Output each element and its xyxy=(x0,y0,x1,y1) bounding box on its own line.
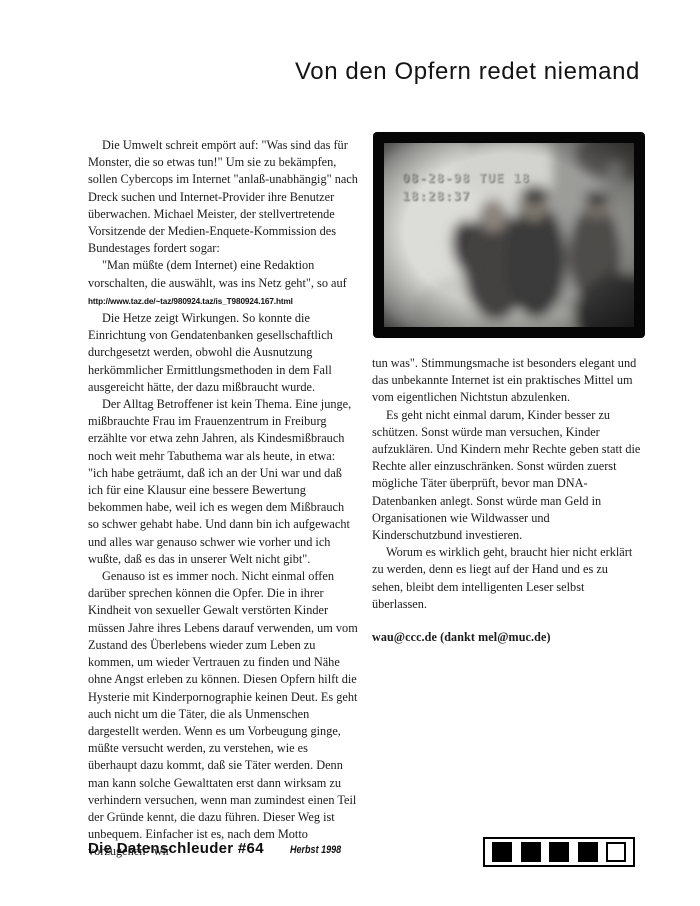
paragraph-text: Die Umwelt schreit empört auf: "Was sind… xyxy=(88,138,358,255)
author-email-byline: wau@ccc.de (dankt mel@muc.de) xyxy=(372,629,642,646)
paragraph: Worum es wirklich geht, braucht hier nic… xyxy=(372,544,642,613)
page-progress-squares xyxy=(483,837,635,867)
left-text-column: Die Umwelt schreit empört auf: "Was sind… xyxy=(88,137,358,861)
vignette-overlay xyxy=(384,143,634,327)
page-title: Von den Opfern redet niemand xyxy=(295,58,640,86)
paragraph: Die Umwelt schreit empört auf: "Was sind… xyxy=(88,137,358,257)
paragraph-text: Genauso ist es immer noch. Nicht einmal … xyxy=(88,569,358,858)
surveillance-photo: 08-28-98 TUE 18 08-28-98 TUE 18 18:28:37… xyxy=(373,132,645,338)
right-text-column: tun was". Stimmungsmache ist besonders e… xyxy=(372,355,642,646)
paragraph: Genauso ist es immer noch. Nicht einmal … xyxy=(88,568,358,860)
progress-square-filled xyxy=(492,842,512,862)
progress-square-filled xyxy=(521,842,541,862)
paragraph-text: Die Hetze zeigt Wirkungen. So konnte die… xyxy=(88,311,333,394)
issue-date: Herbst 1998 xyxy=(290,844,341,856)
surveillance-photo-canvas: 08-28-98 TUE 18 08-28-98 TUE 18 18:28:37… xyxy=(384,143,634,327)
magazine-page: Von den Opfern redet niemand Die Umwelt … xyxy=(0,0,700,906)
paragraph-text: "Man müßte (dem Internet) eine Redaktion… xyxy=(88,258,347,289)
progress-square-empty xyxy=(606,842,626,862)
publication-title: Die Datenschleuder #64 xyxy=(88,840,264,857)
paragraph: Der Alltag Betroffener ist kein Thema. E… xyxy=(88,396,358,568)
paragraph: Es geht nicht einmal darum, Kinder besse… xyxy=(372,407,642,545)
progress-square-filled xyxy=(578,842,598,862)
taz-article-url: http://www.taz.de/~taz/980924.taz/is_T98… xyxy=(88,297,293,306)
paragraph: "Man müßte (dem Internet) eine Redaktion… xyxy=(88,257,358,310)
paragraph: Die Hetze zeigt Wirkungen. So konnte die… xyxy=(88,310,358,396)
paragraph-text: tun was". Stimmungsmache ist besonders e… xyxy=(372,356,636,404)
paragraph: tun was". Stimmungsmache ist besonders e… xyxy=(372,355,642,407)
paragraph-text: Worum es wirklich geht, braucht hier nic… xyxy=(372,545,632,611)
paragraph-text: Der Alltag Betroffener ist kein Thema. E… xyxy=(88,397,351,566)
paragraph-text: Es geht nicht einmal darum, Kinder besse… xyxy=(372,408,640,542)
progress-square-filled xyxy=(549,842,569,862)
